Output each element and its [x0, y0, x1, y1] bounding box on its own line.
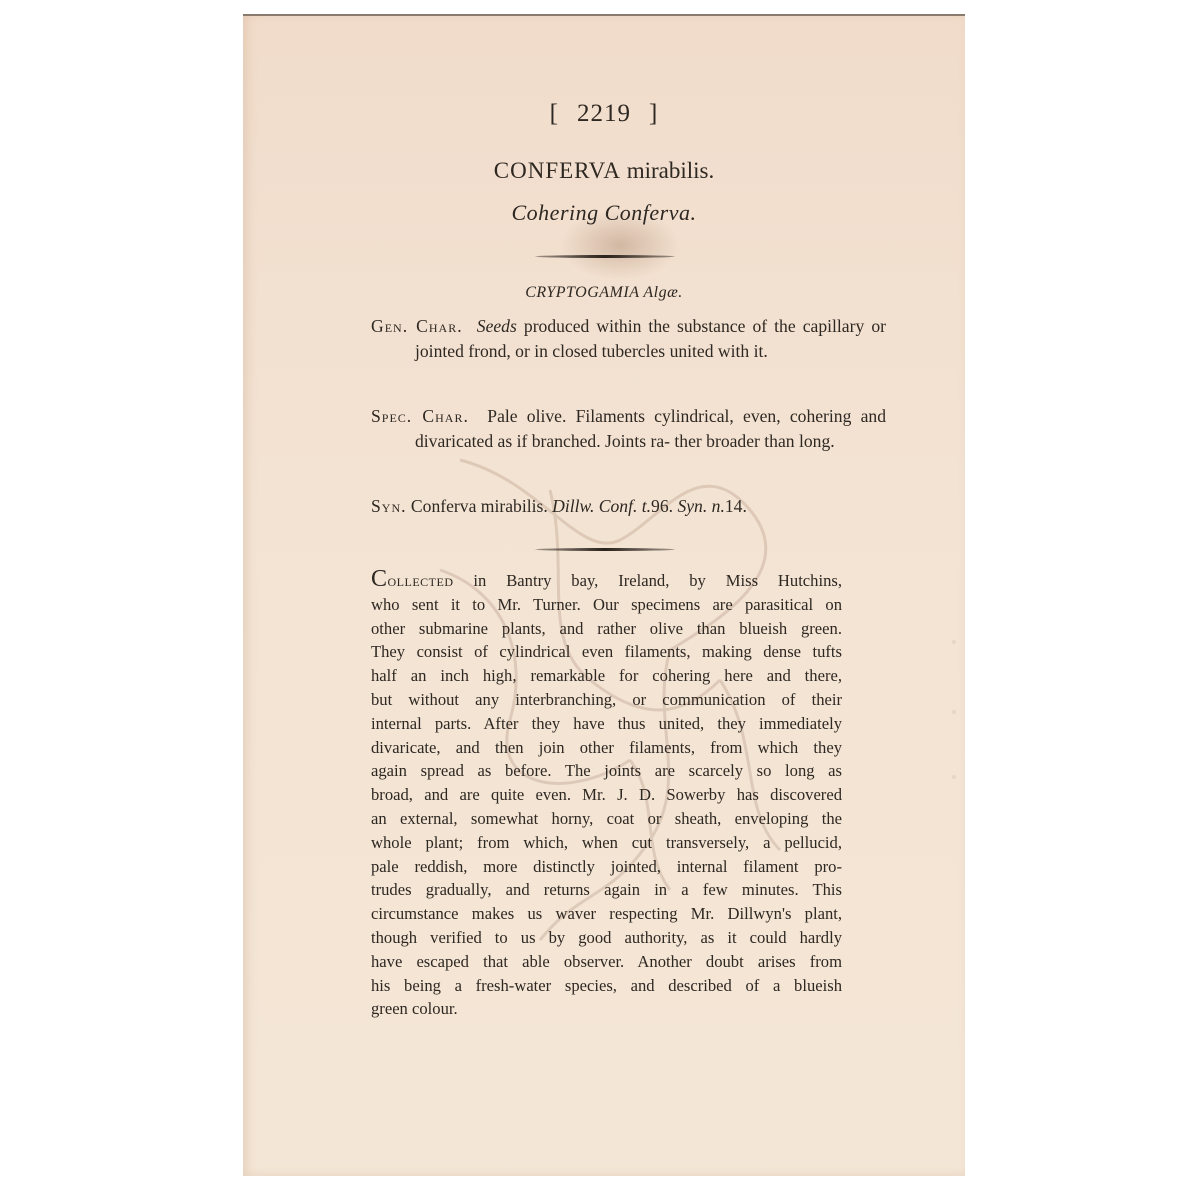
text-line: other submarine plants, and rather olive…: [371, 617, 842, 641]
text-line: an external, somewhat horny, coat or she…: [371, 807, 842, 831]
gen-char-text: produced within the substance of: [524, 316, 767, 336]
text-line: pale reddish, more distinctly jointed, i…: [371, 855, 842, 879]
text-line: again spread as before. The joints are s…: [371, 759, 842, 783]
text-line: broad, and are quite even. Mr. J. D. Sow…: [371, 783, 842, 807]
syn-reference-number: 14.: [725, 496, 747, 516]
generic-character: Gen. Char. Seeds produced within the sub…: [371, 314, 886, 363]
gen-char-label: Gen. Char.: [371, 316, 463, 336]
text-line: though verified to us by good authority,…: [371, 926, 842, 950]
genus-name: CONFERVA: [494, 158, 621, 183]
text-line: whole plant; from which, when cut transv…: [371, 831, 842, 855]
ornamental-rule: [535, 255, 675, 258]
page-edge-notch: [952, 710, 956, 714]
description-text: Collected in Bantry bay, Ireland, by Mis…: [371, 568, 842, 1021]
syn-label: Syn.: [371, 496, 407, 516]
species-name: mirabilis.: [627, 158, 715, 183]
text-line: divaricate, and then join other filament…: [371, 736, 842, 760]
spec-char-text: Pale olive. Filaments cylindrical, even,: [487, 406, 780, 426]
gen-char-italic: Seeds: [477, 316, 517, 336]
text-line: They consist of cylindrical even filamen…: [371, 640, 842, 664]
page-edge-notch: [952, 775, 956, 779]
bracket-open: [: [550, 100, 559, 127]
text-line: green colour.: [371, 997, 842, 1021]
text-line: have escaped that able observer. Another…: [371, 950, 842, 974]
syn-reference-dillwyn: Dillw. Conf. t.: [552, 496, 651, 516]
syn-reference-synopsis: Syn. n.: [677, 496, 724, 516]
page-number: [2219]: [243, 100, 965, 128]
plate-number: 2219: [577, 100, 631, 127]
spec-char-label: Spec. Char.: [371, 406, 469, 426]
lead-word: ollected: [388, 571, 454, 590]
page-edge-notch: [952, 640, 956, 644]
text-line: circumstance makes us waver respecting M…: [371, 902, 842, 926]
syn-text: Conferva mirabilis.: [411, 496, 548, 516]
text-line: trudes gradually, and returns again in a…: [371, 878, 842, 902]
text-line: in Bantry bay, Ireland, by Miss Hutchins…: [473, 571, 842, 590]
species-title: CONFERVA mirabilis.: [243, 158, 965, 184]
text-line: who sent it to Mr. Turner. Our specimens…: [371, 593, 842, 617]
syn-reference-number: 96.: [651, 496, 673, 516]
synonymy: Syn. Conferva mirabilis. Dillw. Conf. t.…: [371, 494, 842, 519]
ornamental-rule: [535, 548, 675, 551]
spec-char-text: ther broader than long.: [674, 431, 834, 451]
text-line: internal parts. After they have thus uni…: [371, 712, 842, 736]
text-line: his being a fresh-water species, and des…: [371, 974, 842, 998]
specific-character: Spec. Char. Pale olive. Filaments cylind…: [371, 404, 886, 453]
gen-char-text: united with it.: [670, 341, 768, 361]
text-line: but without any interbranching, or commu…: [371, 688, 842, 712]
bracket-close: ]: [649, 100, 658, 127]
classification: CRYPTOGAMIA Algæ.: [243, 284, 965, 302]
common-name: Cohering Conferva.: [243, 200, 965, 226]
drop-initial: C: [371, 566, 388, 592]
text-line: half an inch high, remarkable for coheri…: [371, 664, 842, 688]
